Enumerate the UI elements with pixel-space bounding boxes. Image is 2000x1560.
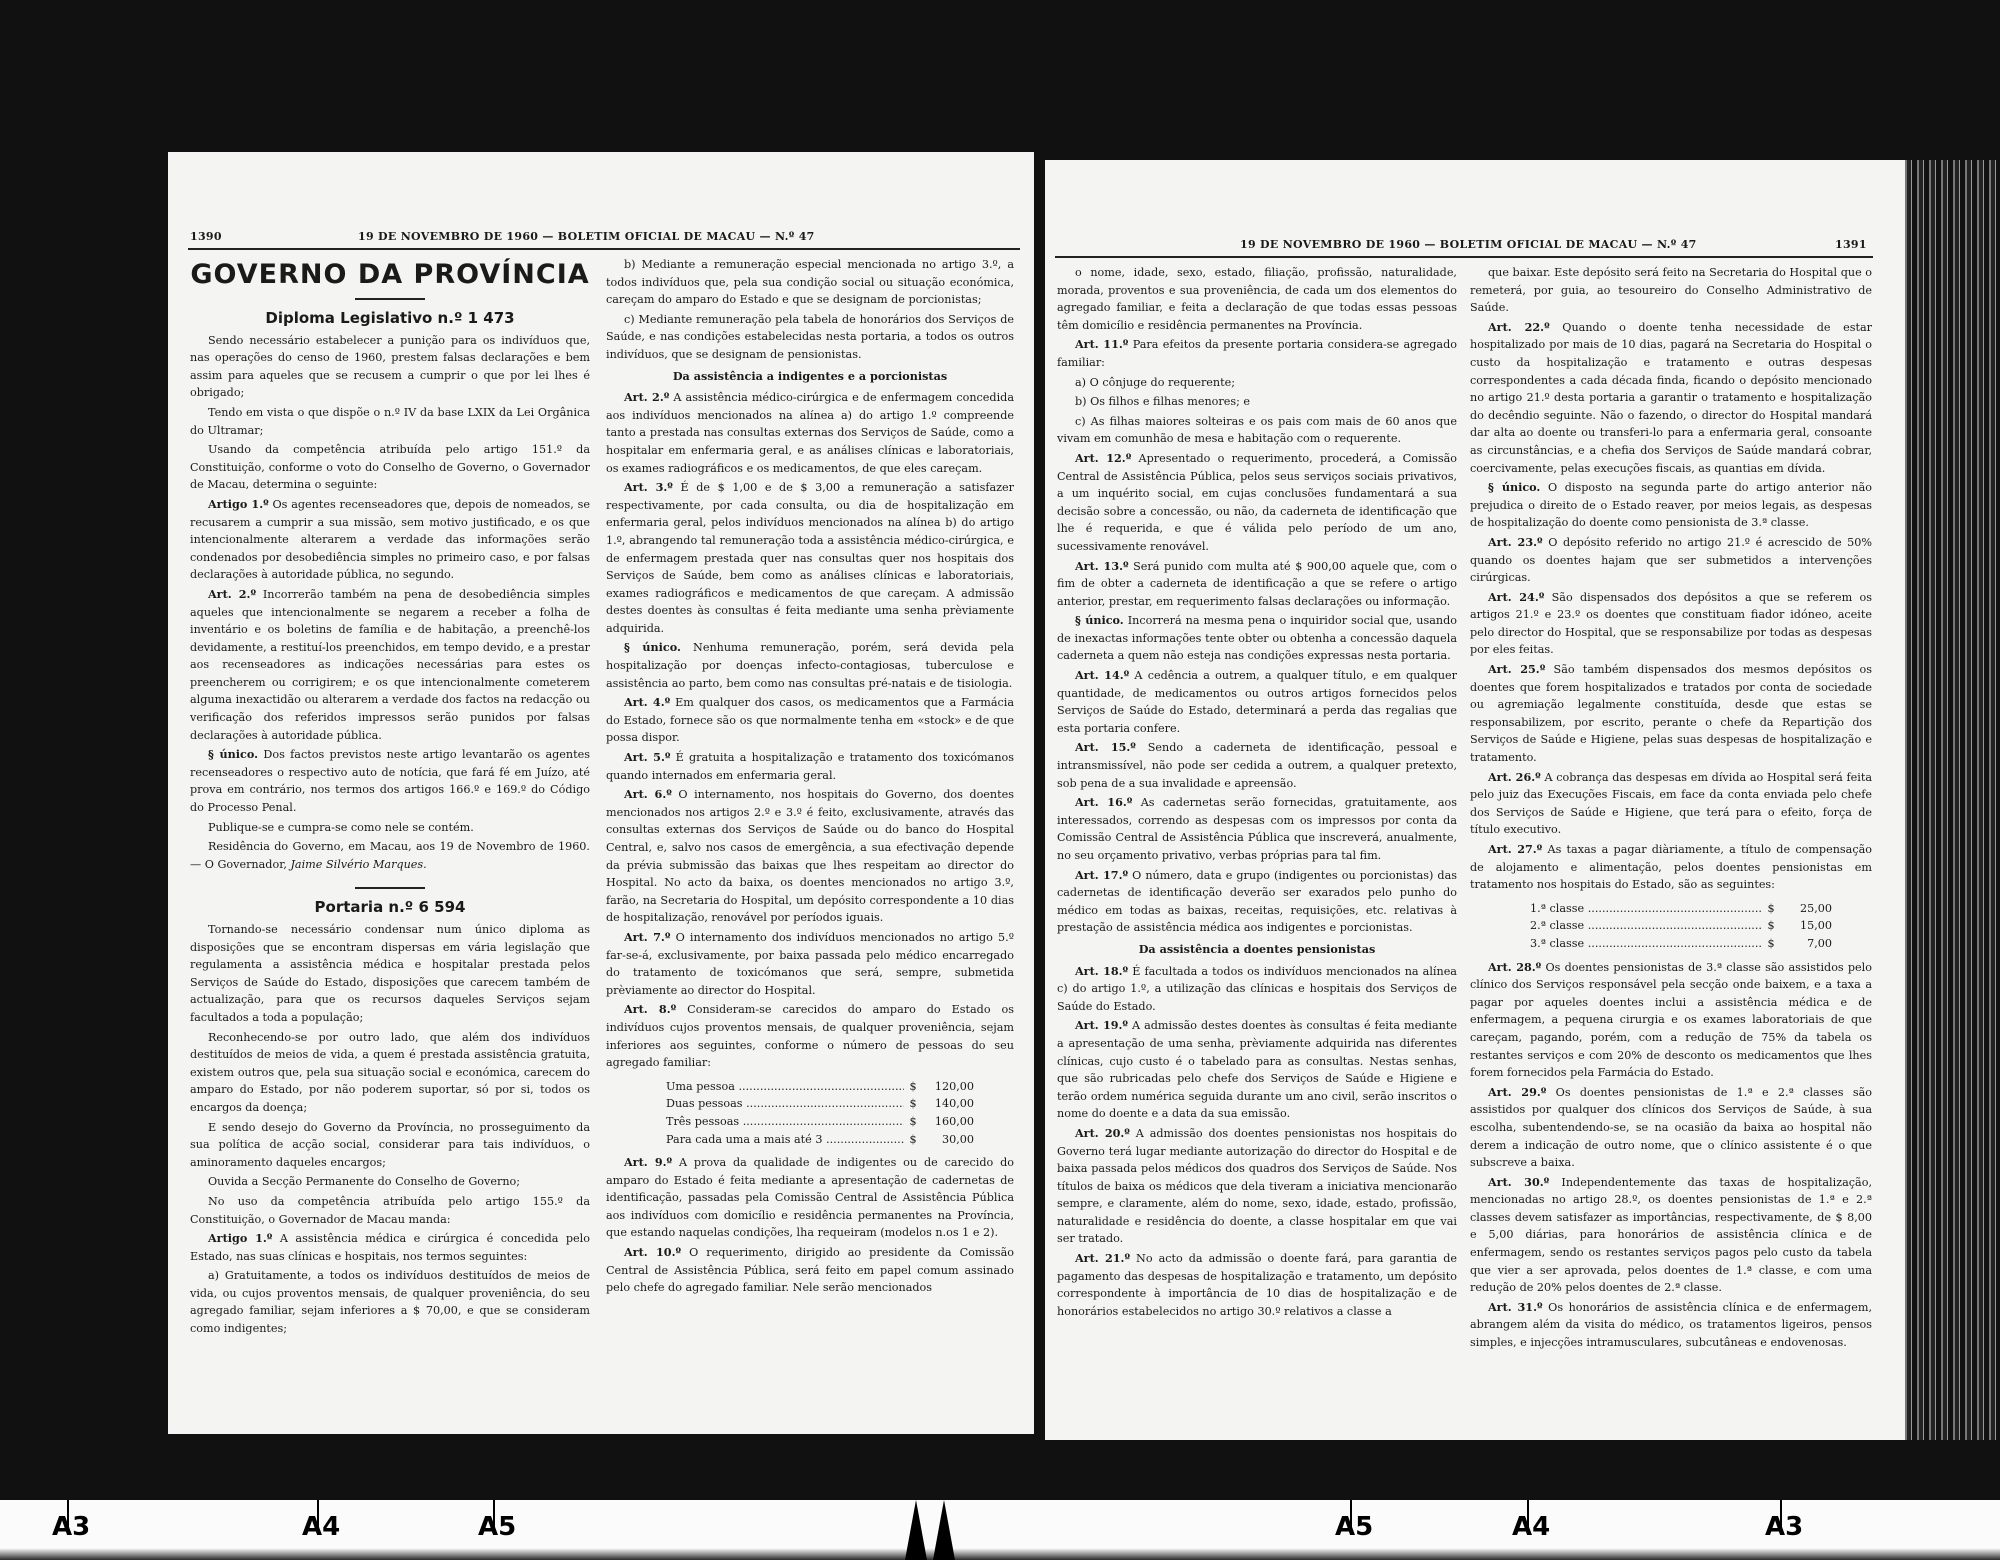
paragraph: Art. 20.º A admissão dos doentes pension… xyxy=(1057,1125,1457,1248)
row-label: Uma pessoa xyxy=(666,1078,904,1096)
header-rule xyxy=(188,248,1020,250)
amount: 30,00 xyxy=(922,1131,974,1149)
paragraph: Reconhecendo-se por outro lado, que além… xyxy=(190,1029,590,1117)
frame-marker: A5 xyxy=(1335,1512,1373,1542)
paragraph: Usando da competência atribuída pelo art… xyxy=(190,441,590,494)
row-label: 1.ª classe xyxy=(1530,900,1762,918)
row-label: Para cada uma a mais até 3 xyxy=(666,1131,904,1149)
paragraph: Tornando-se necessário condensar num úni… xyxy=(190,921,590,1027)
paragraph: b) Mediante a remuneração especial menci… xyxy=(606,256,1014,309)
paragraph: Artigo 1.º A assistência médica e cirúrg… xyxy=(190,1230,590,1265)
paragraph: Art. 22.º Quando o doente tenha necessid… xyxy=(1470,319,1872,477)
paragraph: Art. 12.º Apresentado o requerimento, pr… xyxy=(1057,450,1457,556)
paragraph: Art. 8.º Consideram-se carecidos do ampa… xyxy=(606,1001,1014,1071)
column-text: que baixar. Este depósito será feito na … xyxy=(1470,264,1872,894)
table-row: Uma pessoa$120,00 xyxy=(666,1078,974,1096)
amount: 140,00 xyxy=(922,1095,974,1113)
paragraph: Art. 9.º A prova da qualidade de indigen… xyxy=(606,1154,1014,1242)
currency: $ xyxy=(904,1078,922,1096)
column-text: b) Mediante a remuneração especial menci… xyxy=(606,256,1014,364)
page-number-left: 1390 xyxy=(190,230,222,243)
paragraph: § único. O disposto na segunda parte do … xyxy=(1470,479,1872,532)
paragraph: Residência do Governo, em Macau, aos 19 … xyxy=(190,838,590,873)
table-row: Para cada uma a mais até 3$30,00 xyxy=(666,1131,974,1149)
paragraph: a) Gratuitamente, a todos os indivíduos … xyxy=(190,1267,590,1337)
income-threshold-table: Uma pessoa$120,00Duas pessoas$140,00Três… xyxy=(666,1078,974,1148)
currency: $ xyxy=(904,1131,922,1149)
amount: 160,00 xyxy=(922,1113,974,1131)
paragraph: Sendo necessário estabelecer a punição p… xyxy=(190,332,590,402)
paragraph: Art. 24.º São dispensados dos depósitos … xyxy=(1470,589,1872,659)
left-column-1: GOVERNO DA PROVÍNCIA Diploma Legislativo… xyxy=(190,256,590,1340)
amount: 7,00 xyxy=(1780,935,1832,953)
row-label: 3.ª classe xyxy=(1530,935,1762,953)
paragraph: Art. 4.º Em qualquer dos casos, os medic… xyxy=(606,694,1014,747)
column-text: o nome, idade, sexo, estado, filiação, p… xyxy=(1057,264,1457,937)
paragraph: E sendo desejo do Governo da Província, … xyxy=(190,1119,590,1172)
class-rate-table: 1.ª classe$25,002.ª classe$15,003.ª clas… xyxy=(1530,900,1832,953)
paragraph: Art. 10.º O requerimento, dirigido ao pr… xyxy=(606,1244,1014,1297)
column-text: Art. 18.º É facultada a todos os indivíd… xyxy=(1057,963,1457,1321)
paragraph: Art. 17.º O número, data e grupo (indige… xyxy=(1057,867,1457,937)
row-label: Duas pessoas xyxy=(666,1095,904,1113)
amount: 120,00 xyxy=(922,1078,974,1096)
diploma-title: Diploma Legislativo n.º 1 473 xyxy=(190,310,590,328)
paragraph: Art. 18.º É facultada a todos os indivíd… xyxy=(1057,963,1457,1016)
frame-marker: A4 xyxy=(1512,1512,1550,1542)
paragraph: Art. 27.º As taxas a pagar diàriamente, … xyxy=(1470,841,1872,894)
center-wedge-right xyxy=(933,1500,955,1560)
left-column-2: b) Mediante a remuneração especial menci… xyxy=(606,256,1014,1299)
paragraph: Art. 26.º A cobrança das despesas em dív… xyxy=(1470,769,1872,839)
column-text: Art. 2.º A assistência médico-cirúrgica … xyxy=(606,389,1014,1072)
paragraph: § único. Dos factos previstos neste arti… xyxy=(190,746,590,816)
table-row: 2.ª classe$15,00 xyxy=(1530,917,1832,935)
currency: $ xyxy=(1762,900,1780,918)
portaria-title: Portaria n.º 6 594 xyxy=(190,899,590,917)
header-rule xyxy=(1055,256,1873,258)
frame-marker: A3 xyxy=(52,1512,90,1542)
paragraph: Art. 30.º Independentemente das taxas de… xyxy=(1470,1174,1872,1297)
paragraph: No uso da competência atribuída pelo art… xyxy=(190,1193,590,1228)
paragraph: Art. 15.º Sendo a caderneta de identific… xyxy=(1057,739,1457,792)
paragraph: Art. 28.º Os doentes pensionistas de 3.ª… xyxy=(1470,959,1872,1082)
paragraph: Art. 14.º A cedência a outrem, a qualque… xyxy=(1057,667,1457,737)
page-number-right: 1391 xyxy=(1835,238,1867,251)
center-wedge-left xyxy=(905,1500,927,1560)
divider xyxy=(355,298,425,300)
currency: $ xyxy=(904,1113,922,1131)
paragraph: c) Mediante remuneração pela tabela de h… xyxy=(606,311,1014,364)
frame-marker: A4 xyxy=(302,1512,340,1542)
page-stack-edge xyxy=(1900,160,2000,1440)
paragraph: Art. 11.º Para efeitos da presente porta… xyxy=(1057,336,1457,371)
paragraph: Art. 31.º Os honorários de assistência c… xyxy=(1470,1299,1872,1352)
paragraph: Art. 21.º No acto da admissão o doente f… xyxy=(1057,1250,1457,1320)
paragraph: c) As filhas maiores solteiras e os pais… xyxy=(1057,413,1457,448)
divider xyxy=(355,887,425,889)
paragraph: Art. 13.º Será punido com multa até $ 90… xyxy=(1057,558,1457,611)
paragraph: Tendo em vista o que dispõe o n.º IV da … xyxy=(190,404,590,439)
paragraph: Art. 5.º É gratuita a hospitalização e t… xyxy=(606,749,1014,784)
table-row: Três pessoas$160,00 xyxy=(666,1113,974,1131)
paragraph: Art. 29.º Os doentes pensionistas de 1.ª… xyxy=(1470,1084,1872,1172)
paragraph: que baixar. Este depósito será feito na … xyxy=(1470,264,1872,317)
table-row: Duas pessoas$140,00 xyxy=(666,1095,974,1113)
section-heading: Da assistência a indigentes e a porcioni… xyxy=(606,368,1014,386)
paragraph: Art. 25.º São também dispensados dos mes… xyxy=(1470,661,1872,767)
paragraph: Art. 3.º É de $ 1,00 e de $ 3,00 a remun… xyxy=(606,479,1014,637)
portaria-body: Tornando-se necessário condensar num úni… xyxy=(190,921,590,1338)
paragraph: Art. 23.º O depósito referido no artigo … xyxy=(1470,534,1872,587)
paragraph: Art. 7.º O internamento dos indivíduos m… xyxy=(606,929,1014,999)
paragraph: Art. 2.º A assistência médico-cirúrgica … xyxy=(606,389,1014,477)
paragraph: o nome, idade, sexo, estado, filiação, p… xyxy=(1057,264,1457,334)
table-row: 3.ª classe$7,00 xyxy=(1530,935,1832,953)
running-head-right: 19 DE NOVEMBRO DE 1960 — BOLETIM OFICIAL… xyxy=(1240,238,1697,251)
right-column-2: que baixar. Este depósito será feito na … xyxy=(1470,264,1872,1354)
column-text: Art. 28.º Os doentes pensionistas de 3.ª… xyxy=(1470,959,1872,1352)
amount: 25,00 xyxy=(1780,900,1832,918)
paragraph: Art. 19.º A admissão destes doentes às c… xyxy=(1057,1017,1457,1123)
section-title: GOVERNO DA PROVÍNCIA xyxy=(190,258,590,292)
paragraph: § único. Incorrerá na mesma pena o inqui… xyxy=(1057,612,1457,665)
frame-marker: A5 xyxy=(478,1512,516,1542)
paragraph: Art. 6.º O internamento, nos hospitais d… xyxy=(606,786,1014,927)
currency: $ xyxy=(1762,935,1780,953)
film-edge xyxy=(0,1548,2000,1560)
paragraph: Publique-se e cumpra-se como nele se con… xyxy=(190,819,590,837)
right-page: 19 DE NOVEMBRO DE 1960 — BOLETIM OFICIAL… xyxy=(1045,160,1905,1440)
filmstrip-margin xyxy=(0,1500,2000,1560)
paragraph: b) Os filhos e filhas menores; e xyxy=(1057,393,1457,411)
row-label: 2.ª classe xyxy=(1530,917,1762,935)
paragraph: § único. Nenhuma remuneração, porém, ser… xyxy=(606,639,1014,692)
paragraph: a) O cônjuge do requerente; xyxy=(1057,374,1457,392)
right-column-1: o nome, idade, sexo, estado, filiação, p… xyxy=(1057,264,1457,1322)
currency: $ xyxy=(1762,917,1780,935)
diploma-body: Sendo necessário estabelecer a punição p… xyxy=(190,332,590,874)
running-head-left: 19 DE NOVEMBRO DE 1960 — BOLETIM OFICIAL… xyxy=(358,230,815,243)
currency: $ xyxy=(904,1095,922,1113)
paragraph: Art. 2.º Incorrerão também na pena de de… xyxy=(190,586,590,744)
paragraph: Artigo 1.º Os agentes recenseadores que,… xyxy=(190,496,590,584)
paragraph: Art. 16.º As cadernetas serão fornecidas… xyxy=(1057,794,1457,864)
signature: Jaime Silvério Marques. xyxy=(287,858,427,871)
section-heading: Da assistência a doentes pensionistas xyxy=(1057,941,1457,959)
row-label: Três pessoas xyxy=(666,1113,904,1131)
frame-marker: A3 xyxy=(1765,1512,1803,1542)
column-text: Art. 9.º A prova da qualidade de indigen… xyxy=(606,1154,1014,1297)
table-row: 1.ª classe$25,00 xyxy=(1530,900,1832,918)
amount: 15,00 xyxy=(1780,917,1832,935)
paragraph: Ouvida a Secção Permanente do Conselho d… xyxy=(190,1173,590,1191)
left-page: 1390 19 DE NOVEMBRO DE 1960 — BOLETIM OF… xyxy=(168,152,1034,1434)
